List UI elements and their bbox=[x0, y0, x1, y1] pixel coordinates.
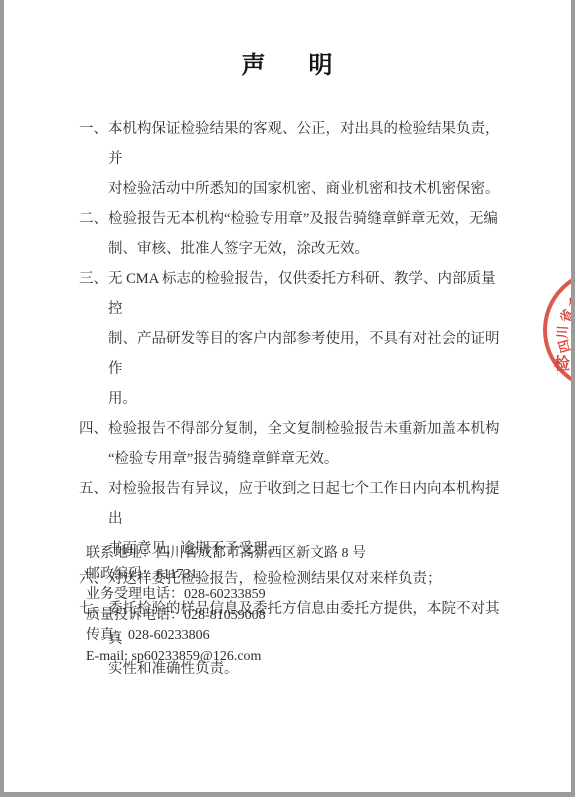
page-title: 声 明 bbox=[4, 52, 571, 78]
statement-line: 用。 bbox=[108, 384, 509, 414]
contact-complaint-phone: 质量投诉电话：028-81059008 bbox=[86, 606, 506, 627]
contact-email: E-mail: sp60233859@126.com bbox=[86, 647, 506, 668]
seal-sub-marks: · · · · bbox=[556, 370, 575, 383]
statement-line: 检验报告不得部分复制，全文复制检验报告未重新加盖本机构 bbox=[108, 414, 509, 444]
statement-line: 制、审核、批准人签字无效，涂改无效。 bbox=[108, 234, 509, 264]
page-title-char: 声 bbox=[242, 52, 267, 78]
statement-line: 检验报告无本机构“检验专用章”及报告骑缝章鲜章无效，无编 bbox=[108, 204, 509, 234]
contact-info: 联系地址：四川省成都市高新西区新文路 8 号 邮政编码：611731 业务受理电… bbox=[86, 544, 506, 668]
statement-line: 制、产品研发等目的客户内部参考使用，不具有对社会的证明作 bbox=[108, 324, 509, 384]
statement-number: 三、 bbox=[79, 264, 108, 294]
statement-item-2: 二、 检验报告无本机构“检验专用章”及报告骑缝章鲜章无效，无编 制、审核、批准人… bbox=[79, 204, 509, 264]
contact-fax: 传真：028-60233806 bbox=[86, 626, 506, 647]
statement-number: 四、 bbox=[79, 414, 108, 444]
statement-line: 对检验活动中所悉知的国家机密、商业机密和技术机密保密。 bbox=[108, 174, 509, 204]
page-title-char: 明 bbox=[309, 52, 334, 78]
seal-arc-char: 省 bbox=[558, 307, 575, 325]
statement-number: 一、 bbox=[79, 114, 108, 144]
statement-text: 无 CMA 标志的检验报告，仅供委托方科研、教学、内部质量控 制、产品研发等目的… bbox=[108, 264, 509, 414]
statement-item-1: 一、 本机构保证检验结果的客观、公正，对出具的检验结果负责，并 对检验活动中所悉… bbox=[79, 114, 509, 204]
statement-line: 对检验报告有异议，应于收到之日起七个工作日内向本机构提出 bbox=[108, 474, 509, 534]
document-page: 声 明 一、 本机构保证检验结果的客观、公正，对出具的检验结果负责，并 对检验活… bbox=[0, 0, 575, 797]
statement-item-3: 三、 无 CMA 标志的检验报告，仅供委托方科研、教学、内部质量控 制、产品研发… bbox=[79, 264, 509, 414]
statement-line: 本机构保证检验结果的客观、公正，对出具的检验结果负责，并 bbox=[108, 114, 509, 174]
statement-line: 无 CMA 标志的检验报告，仅供委托方科研、教学、内部质量控 bbox=[108, 264, 509, 324]
statement-number: 二、 bbox=[79, 204, 108, 234]
contact-postcode: 邮政编码：611731 bbox=[86, 565, 506, 586]
statement-number: 五、 bbox=[79, 474, 108, 504]
statement-item-4: 四、 检验报告不得部分复制，全文复制检验报告未重新加盖本机构 “检验专用章”报告… bbox=[79, 414, 509, 474]
statement-text: 检验报告不得部分复制，全文复制检验报告未重新加盖本机构 “检验专用章”报告骑缝章… bbox=[108, 414, 509, 474]
statement-text: 本机构保证检验结果的客观、公正，对出具的检验结果负责，并 对检验活动中所悉知的国… bbox=[108, 114, 509, 204]
contact-address: 联系地址：四川省成都市高新西区新文路 8 号 bbox=[86, 544, 506, 565]
inspection-seal: 食 省 川 四 检验 · · · · bbox=[543, 269, 575, 391]
statement-line: “检验专用章”报告骑缝章鲜章无效。 bbox=[108, 444, 509, 474]
contact-service-phone: 业务受理电话：028-60233859 bbox=[86, 585, 506, 606]
statement-text: 检验报告无本机构“检验专用章”及报告骑缝章鲜章无效，无编 制、审核、批准人签字无… bbox=[108, 204, 509, 264]
